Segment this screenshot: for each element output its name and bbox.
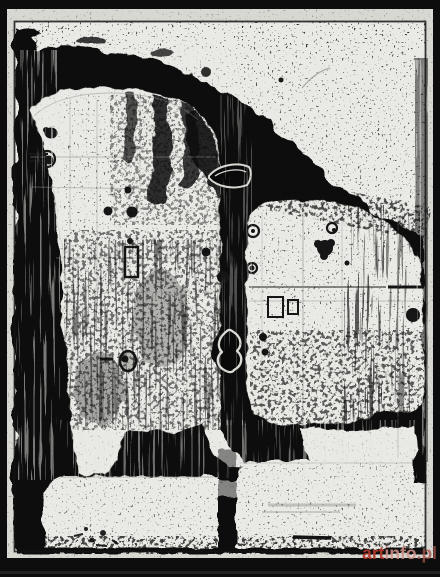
- artwork-canvas: artinfo.pl: [0, 0, 440, 577]
- frame-bottom-sheen: [0, 571, 440, 574]
- watermark-part3: .pl: [417, 543, 437, 563]
- watermark-part1: art: [362, 543, 385, 563]
- watermark-part2: info: [385, 543, 417, 563]
- watermark-text: artinfo.pl: [362, 543, 437, 563]
- texture-overall-grain: [14, 21, 426, 552]
- artwork-photo: artinfo.pl: [0, 0, 440, 577]
